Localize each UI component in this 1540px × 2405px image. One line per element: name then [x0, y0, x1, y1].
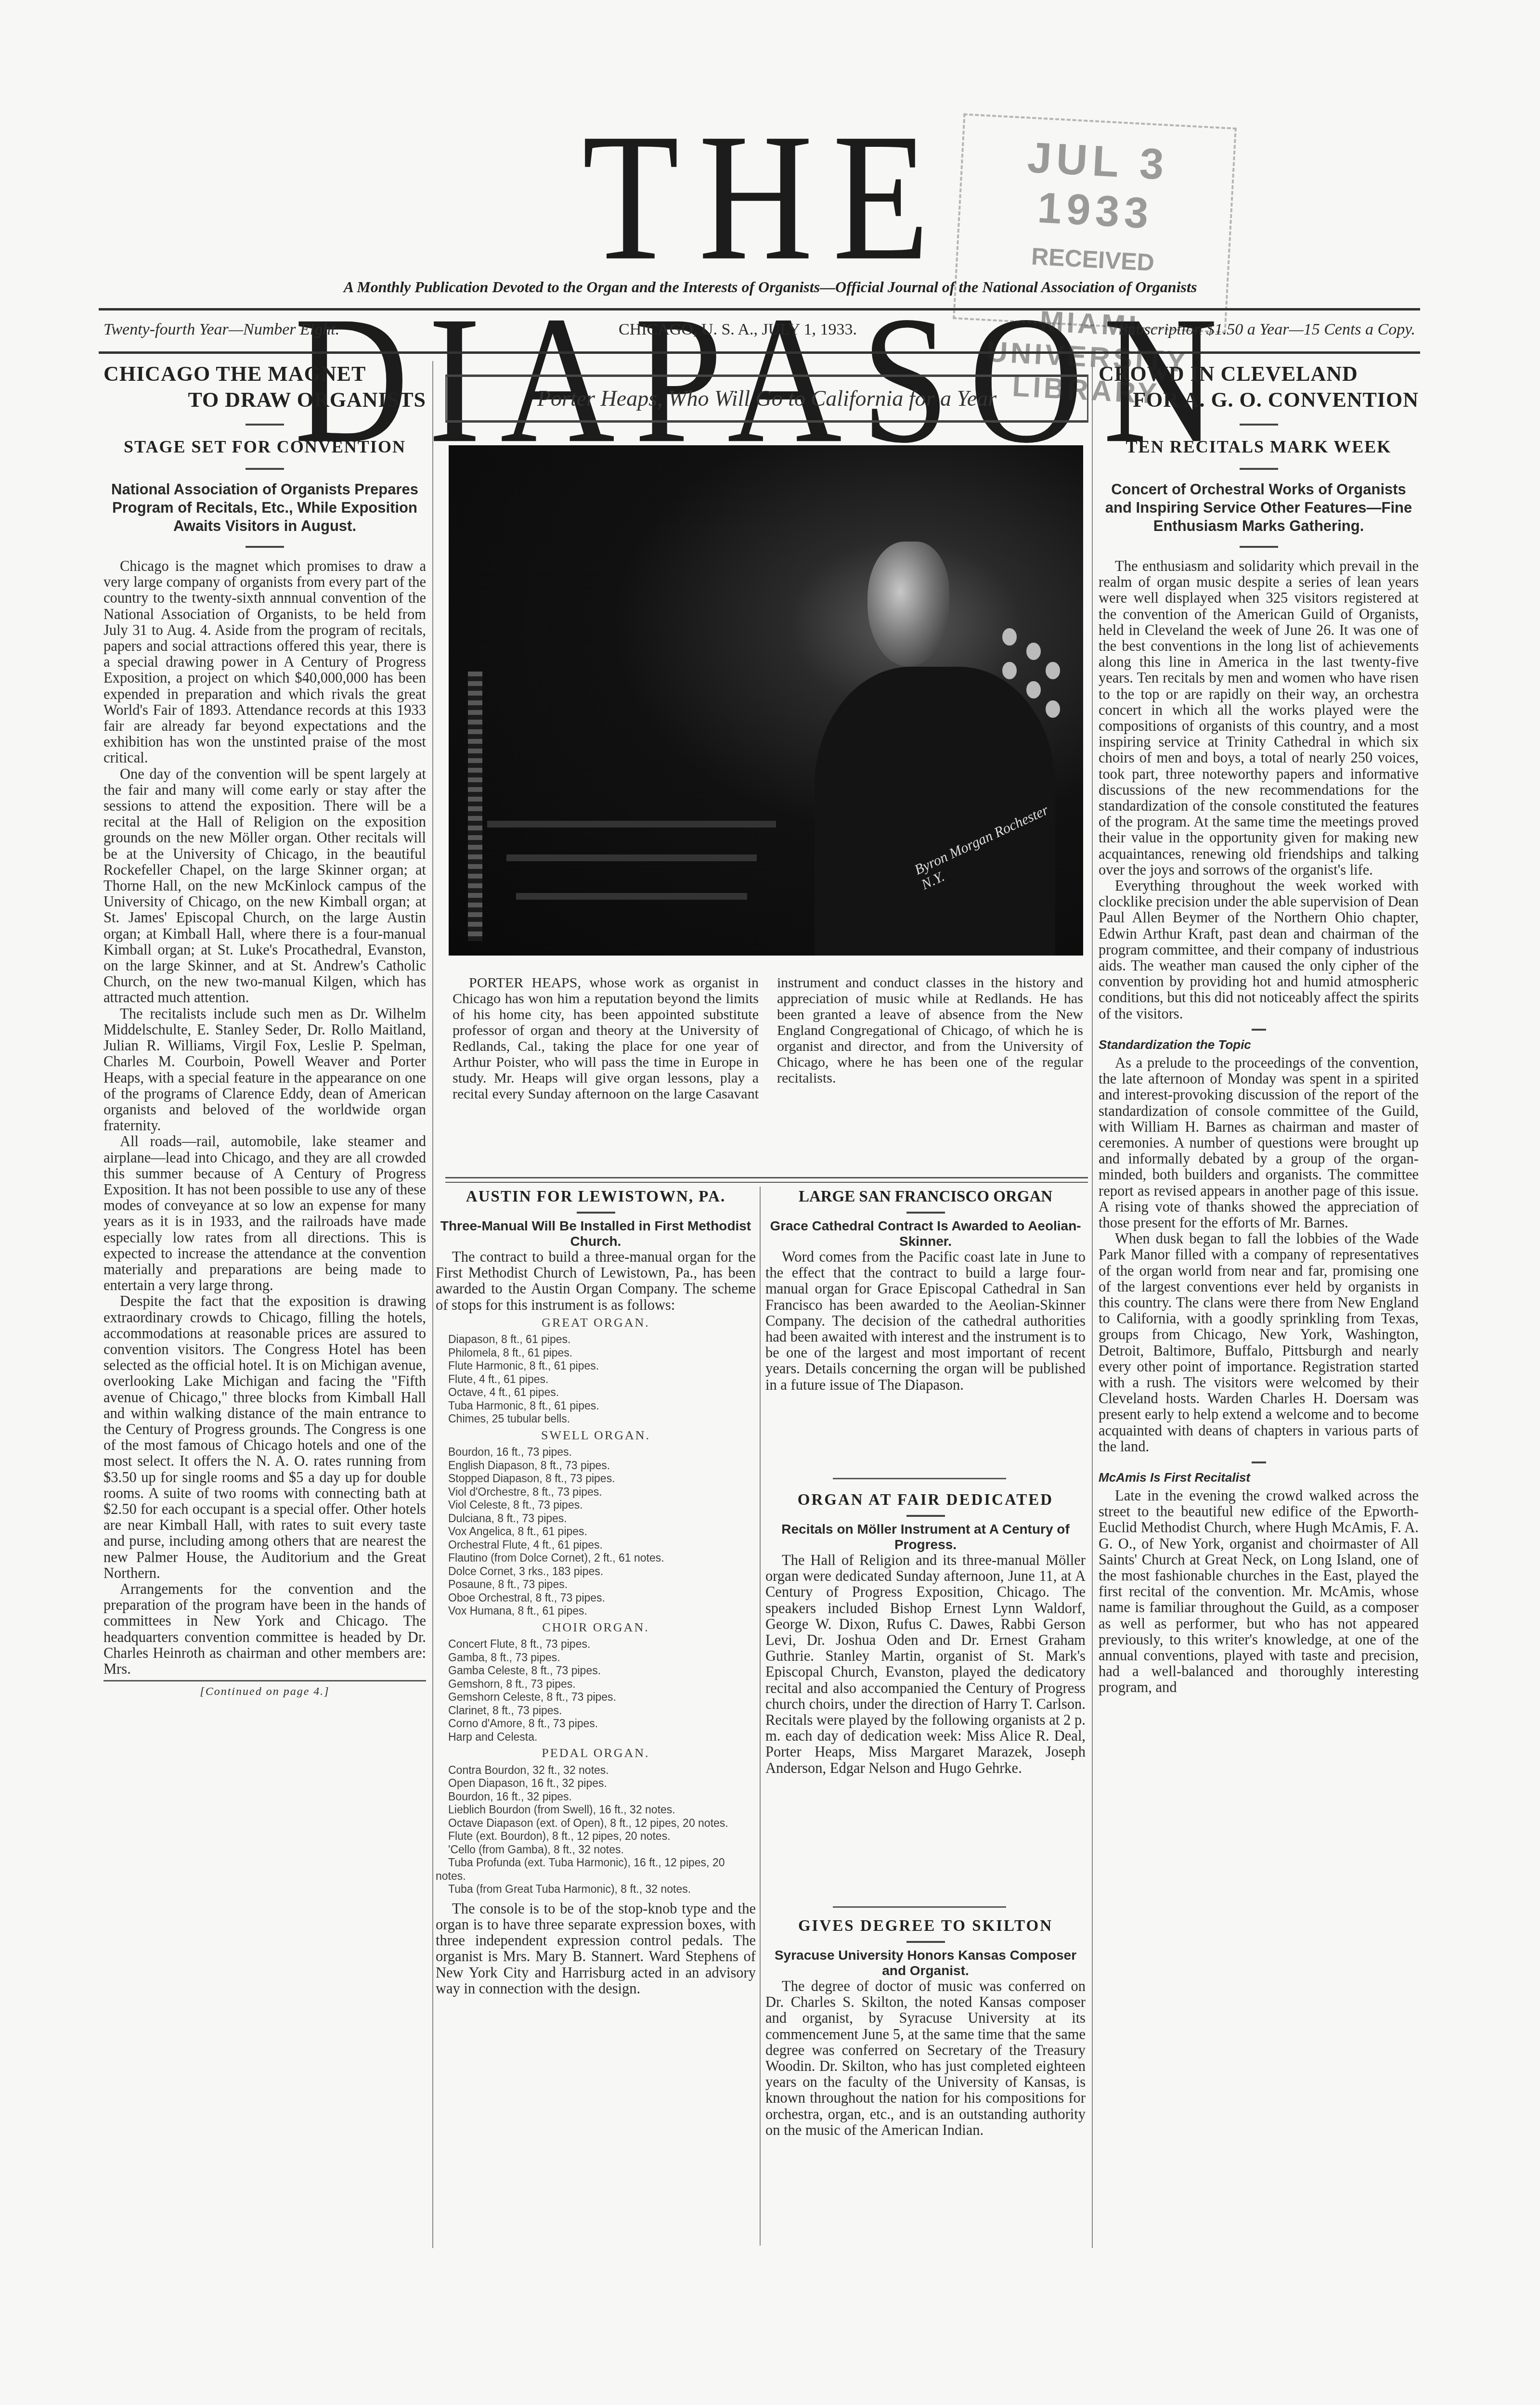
stop-item: Gamba Celeste, 8 ft., 73 pipes. — [436, 1664, 756, 1678]
masthead-subtitle: A Monthly Publication Devoted to the Org… — [96, 278, 1444, 296]
issue-date: CHICAGO, U. S. A., JULY 1, 1933. — [619, 321, 857, 339]
stop-knobs — [1002, 628, 1060, 773]
masthead-rule-bottom — [99, 351, 1420, 354]
stop-item: Open Diapason, 16 ft., 32 pipes. — [436, 1777, 756, 1790]
stop-item: Dulciana, 8 ft., 73 pipes. — [436, 1512, 756, 1526]
stop-item: Flute, 4 ft., 61 pipes. — [436, 1373, 756, 1386]
stop-item: Viol d'Orchestre, 8 ft., 73 pipes. — [436, 1486, 756, 1499]
headline-line1: CHICAGO THE MAGNET — [104, 361, 426, 387]
section-title: Standardization the Topic — [1099, 1037, 1419, 1052]
division-title: GREAT ORGAN. — [436, 1316, 756, 1330]
subhead: STAGE SET FOR CONVENTION — [104, 436, 426, 457]
stop-item: Stopped Diapason, 8 ft., 73 pipes. — [436, 1472, 756, 1486]
divider — [906, 1941, 945, 1943]
paragraph: As a prelude to the proceedings of the c… — [1099, 1055, 1419, 1231]
newspaper-page: THE DIAPASON JUL 3 1933 RECEIVED MIAMI U… — [0, 0, 1540, 2405]
paragraph: One day of the convention will be spent … — [104, 766, 426, 1006]
stop-item: Chimes, 25 tubular bells. — [436, 1412, 756, 1426]
masthead-rule-top — [99, 308, 1420, 310]
organ-manual — [506, 854, 757, 861]
volume-number: Twenty-fourth Year—Number Eight. — [104, 321, 339, 339]
paragraph: Late in the evening the crowd walked acr… — [1099, 1488, 1419, 1696]
paragraph: The enthusiasm and solidarity which prev… — [1099, 558, 1419, 878]
stop-item: Posaune, 8 ft., 73 pipes. — [436, 1578, 756, 1591]
headline-line1: CROWD IN CLEVELAND — [1099, 361, 1419, 387]
section-rule — [833, 1478, 1006, 1479]
stop-item: Tuba (from Great Tuba Harmonic), 8 ft., … — [436, 1883, 756, 1896]
caption-paragraph: PORTER HEAPS, whose work as organist in … — [453, 975, 1083, 1102]
headline: ORGAN AT FAIR DEDICATED — [765, 1490, 1086, 1510]
stop-item: Bourdon, 16 ft., 32 pipes. — [436, 1790, 756, 1804]
paragraph: All roads—rail, automobile, lake steamer… — [104, 1134, 426, 1293]
section-rule — [445, 1182, 1088, 1183]
stop-item: Gemshorn, 8 ft., 73 pipes. — [436, 1678, 756, 1691]
body-paragraph: The degree of doctor of music was confer… — [765, 1978, 1086, 2138]
stop-item: Harp and Celesta. — [436, 1731, 756, 1744]
paragraph: Chicago is the magnet which promises to … — [104, 558, 426, 766]
stop-item: Gamba, 8 ft., 73 pipes. — [436, 1651, 756, 1665]
stop-item: English Diapason, 8 ft., 73 pipes. — [436, 1459, 756, 1473]
organ-manual — [516, 893, 747, 900]
continued-rule — [104, 1680, 426, 1681]
article-skilton-degree: GIVES DEGREE TO SKILTON Syracuse Univers… — [765, 1916, 1086, 2138]
headline: GIVES DEGREE TO SKILTON — [765, 1916, 1086, 1936]
article-organ-at-fair: ORGAN AT FAIR DEDICATED Recitals on Möll… — [765, 1490, 1086, 1776]
stop-item: Corno d'Amore, 8 ft., 73 pipes. — [436, 1717, 756, 1731]
divider — [1240, 546, 1278, 548]
stop-item: Flute (ext. Bourdon), 8 ft., 12 pipes, 2… — [436, 1830, 756, 1843]
stop-item: Viol Celeste, 8 ft., 73 pipes. — [436, 1499, 756, 1512]
division-title: CHOIR ORGAN. — [436, 1621, 756, 1634]
stamp-received: RECEIVED — [958, 238, 1228, 280]
headline-line2: TO DRAW ORGANISTS — [104, 387, 426, 413]
stop-item: Dolce Cornet, 3 rks., 183 pipes. — [436, 1565, 756, 1578]
paragraph: The recitalists include such men as Dr. … — [104, 1006, 426, 1134]
stop-item: Tuba Profunda (ext. Tuba Harmonic), 16 f… — [436, 1856, 756, 1883]
stop-item: Diapason, 8 ft., 61 pipes. — [436, 1333, 756, 1346]
stop-item: Concert Flute, 8 ft., 73 pipes. — [436, 1638, 756, 1651]
divider — [1252, 1029, 1266, 1031]
closing-paragraph: The console is to be of the stop-knob ty… — [436, 1901, 756, 1997]
deck: Three-Manual Will Be Installed in First … — [436, 1218, 756, 1249]
headline: AUSTIN FOR LEWISTOWN, PA. — [436, 1187, 756, 1207]
paragraph: Arrangements for the convention and the … — [104, 1581, 426, 1677]
dateline-bar: Twenty-fourth Year—Number Eight. CHICAGO… — [99, 321, 1420, 345]
paragraph: Everything throughout the week worked wi… — [1099, 878, 1419, 1022]
section-title: McAmis Is First Recitalist — [1099, 1470, 1419, 1485]
portrait-photo: Byron Morgan Rochester N.Y. — [449, 445, 1083, 956]
divider — [246, 424, 284, 426]
deck: Recitals on Möller Instrument at A Centu… — [765, 1522, 1086, 1552]
paragraph: Despite the fact that the exposition is … — [104, 1293, 426, 1581]
deck: Syracuse University Honors Kansas Compos… — [765, 1948, 1086, 1978]
divider — [246, 468, 284, 470]
divider — [1240, 468, 1278, 470]
column-rule — [432, 361, 433, 2248]
article-chicago-magnet: CHICAGO THE MAGNET TO DRAW ORGANISTS STA… — [104, 361, 426, 1698]
organ-manual — [487, 821, 776, 828]
stop-item: Tuba Harmonic, 8 ft., 61 pipes. — [436, 1399, 756, 1413]
deck: National Association of Organists Prepar… — [104, 480, 426, 535]
section-rule — [445, 1177, 1088, 1178]
intro-paragraph: The contract to build a three-manual org… — [436, 1249, 756, 1313]
column-rule — [760, 1187, 761, 2246]
stop-item: Contra Bourdon, 32 ft., 32 notes. — [436, 1764, 756, 1777]
divider — [1252, 1461, 1266, 1463]
article-san-francisco-organ: LARGE SAN FRANCISCO ORGAN Grace Cathedra… — [765, 1187, 1086, 1393]
stop-item: Octave, 4 ft., 61 pipes. — [436, 1386, 756, 1399]
stop-item: Vox Angelica, 8 ft., 61 pipes. — [436, 1525, 756, 1539]
divider — [906, 1212, 945, 1214]
division-title: PEDAL ORGAN. — [436, 1746, 756, 1760]
stop-item: Gemshorn Celeste, 8 ft., 73 pipes. — [436, 1691, 756, 1704]
deck: Concert of Orchestral Works of Organists… — [1099, 480, 1419, 535]
organ-pipes — [468, 672, 482, 941]
stop-item: Orchestral Flute, 4 ft., 61 pipes. — [436, 1539, 756, 1552]
continued-link[interactable]: [Continued on page 4.] — [104, 1685, 426, 1698]
subhead: TEN RECITALS MARK WEEK — [1099, 436, 1419, 457]
library-stamp: JUL 3 1933 RECEIVED MIAMI UNIVERSITY LIB… — [953, 113, 1237, 333]
column-rule — [1092, 361, 1093, 2248]
figure-face — [867, 542, 949, 667]
divider — [906, 1515, 945, 1517]
headline-line2: FOR A. G. O. CONVENTION — [1099, 387, 1419, 413]
stop-item: 'Cello (from Gamba), 8 ft., 32 notes. — [436, 1843, 756, 1857]
body-paragraph: The Hall of Religion and its three-manua… — [765, 1552, 1086, 1776]
article-cleveland-convention: CROWD IN CLEVELAND FOR A. G. O. CONVENTI… — [1099, 361, 1419, 1696]
divider — [1240, 424, 1278, 426]
stop-item: Octave Diapason (ext. of Open), 8 ft., 1… — [436, 1817, 756, 1830]
article-austin-lewistown: AUSTIN FOR LEWISTOWN, PA. Three-Manual W… — [436, 1187, 756, 1997]
stop-item: Flautino (from Dolce Cornet), 2 ft., 61 … — [436, 1552, 756, 1565]
stop-item: Clarinet, 8 ft., 73 pipes. — [436, 1704, 756, 1718]
deck: Grace Cathedral Contract Is Awarded to A… — [765, 1218, 1086, 1249]
body-paragraph: Word comes from the Pacific coast late i… — [765, 1249, 1086, 1393]
headline: LARGE SAN FRANCISCO ORGAN — [765, 1187, 1086, 1207]
photo-caption-title: Porter Heaps, Who Will Go to California … — [445, 375, 1088, 423]
divider — [577, 1212, 615, 1214]
subscription-price: Subscription $1.50 a Year—15 Cents a Cop… — [1119, 321, 1415, 339]
stop-item: Lieblich Bourdon (from Swell), 16 ft., 3… — [436, 1803, 756, 1817]
stop-list: GREAT ORGAN. Diapason, 8 ft., 61 pipes. … — [436, 1316, 756, 1896]
stop-item: Flute Harmonic, 8 ft., 61 pipes. — [436, 1359, 756, 1373]
section-rule — [833, 1906, 1006, 1908]
stamp-date: JUL 3 1933 — [959, 130, 1234, 243]
stop-item: Bourdon, 16 ft., 73 pipes. — [436, 1446, 756, 1459]
stop-item: Oboe Orchestral, 8 ft., 73 pipes. — [436, 1591, 756, 1605]
division-title: SWELL ORGAN. — [436, 1429, 756, 1442]
paragraph: When dusk began to fall the lobbies of t… — [1099, 1231, 1419, 1455]
stop-item: Vox Humana, 8 ft., 61 pipes. — [436, 1604, 756, 1618]
photo-caption-text: PORTER HEAPS, whose work as organist in … — [453, 975, 1083, 1102]
divider — [246, 546, 284, 548]
stop-item: Philomela, 8 ft., 61 pipes. — [436, 1346, 756, 1360]
